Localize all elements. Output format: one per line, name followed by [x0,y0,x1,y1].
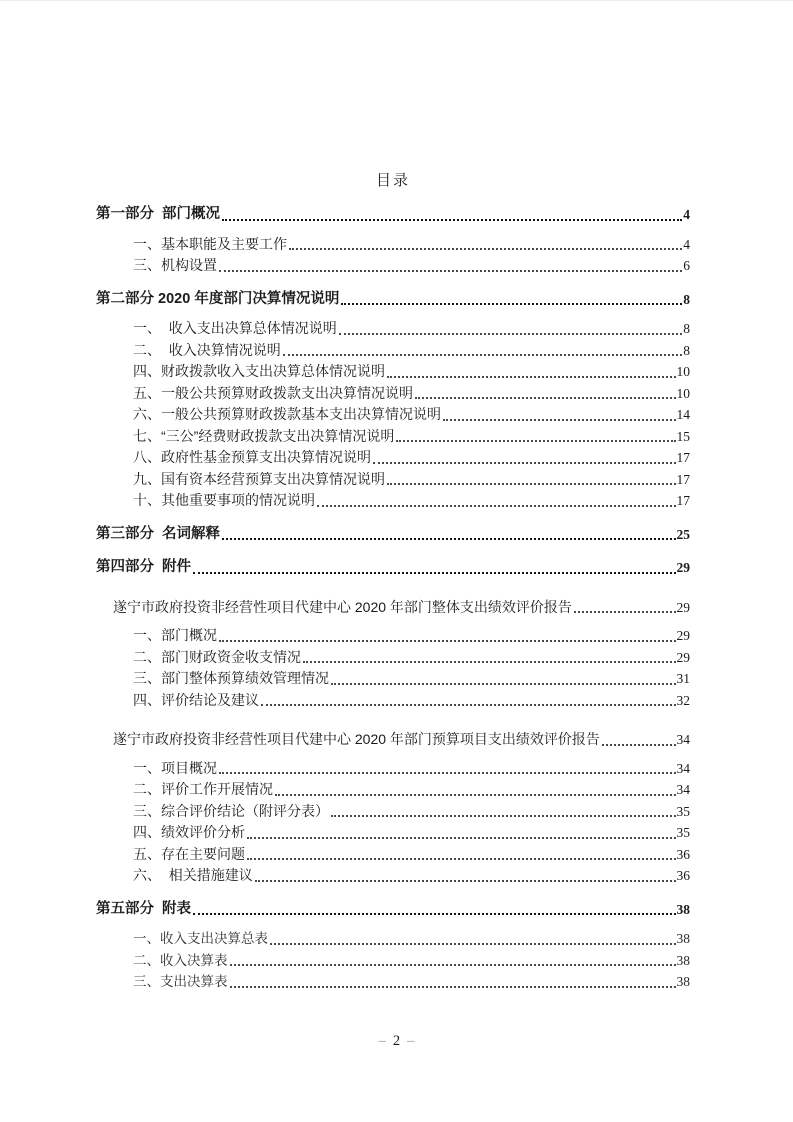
dot-leader [247,858,676,860]
toc-entry-page: 34 [677,758,691,780]
toc-entry-part-1[interactable]: 第一部分 部门概况4 [96,204,690,226]
dot-leader [331,683,676,685]
toc-entry[interactable]: 三、综合评价结论（附评分表）35 [133,801,690,823]
toc-entry-page: 14 [677,404,691,426]
toc-entry-title: 三、机构设置 [133,255,217,277]
page-title: 目录 [96,171,690,191]
toc-entry-title: 八、政府性基金预算支出决算情况说明 [133,447,371,469]
toc-entry-page: 38 [677,899,691,921]
dot-leader [230,964,676,966]
toc-entry-title: 三、综合评价结论（附评分表） [133,801,329,823]
toc-entry-page: 17 [677,447,691,469]
toc-entry-part-3[interactable]: 第三部分 名词解释25 [96,524,690,546]
dot-leader [270,943,676,945]
dot-leader [255,880,676,882]
toc-entry[interactable]: 五、存在主要问题36 [133,844,690,866]
dot-leader [289,248,682,250]
toc-entry-title: 四、财政拨款收入支出决算总体情况说明 [133,361,385,383]
toc-entry-page: 34 [677,779,691,801]
toc-entry-title: 二、部门财政资金收支情况 [133,647,301,669]
toc-entry-title: 一、基本职能及主要工作 [133,234,287,256]
toc-entry-page: 4 [683,204,690,226]
toc-entry-report[interactable]: 遂宁市政府投资非经营性项目代建中心 2020 年部门整体支出绩效评价报告29 [113,597,690,619]
dot-leader [283,354,682,356]
toc-entry-title: 五、存在主要问题 [133,844,245,866]
dot-leader [387,483,676,485]
toc-entry-page: 15 [677,426,691,448]
toc-entry-title: 遂宁市政府投资非经营性项目代建中心 2020 年部门整体支出绩效评价报告 [113,597,572,619]
toc-entry-title: 二、 收入决算情况说明 [133,340,281,362]
dot-leader [219,270,682,272]
toc-entry-title: 六、一般公共预算财政拨款基本支出决算情况说明 [133,404,441,426]
dot-leader [303,661,676,663]
toc-entry-page: 4 [683,234,690,256]
dot-leader [317,505,676,507]
toc-entry-page: 29 [677,597,691,619]
toc-entry[interactable]: 八、政府性基金预算支出决算情况说明17 [133,447,690,469]
toc-entry[interactable]: 四、评价结论及建议32 [133,690,690,712]
toc-entry[interactable]: 六、 相关措施建议36 [133,865,690,887]
toc-entry-page: 10 [677,361,691,383]
toc-entry-page: 29 [677,625,691,647]
toc-entry-title: 三、部门整体预算绩效管理情况 [133,668,329,690]
footer-dash-left: – [372,1033,393,1049]
toc-entry-title: 第四部分 附件 [96,557,191,579]
toc-entry-page: 34 [677,729,691,751]
toc-entry[interactable]: 九、国有资本经营预算支出决算情况说明17 [133,469,690,491]
toc-entry-page: 6 [683,255,690,277]
toc-entry[interactable]: 一、部门概况29 [133,625,690,647]
toc-entry-title: 七、“三公”经费财政拨款支出决算情况说明 [133,426,394,448]
page-footer: –2– [0,1033,793,1050]
toc-entry-title: 九、国有资本经营预算支出决算情况说明 [133,469,385,491]
toc-entry-title: 十、其他重要事项的情况说明 [133,490,315,512]
toc-entry-title: 二、收入决算表 [133,950,228,972]
dot-leader [193,913,675,915]
toc-entry[interactable]: 五、一般公共预算财政拨款支出决算情况说明10 [133,383,690,405]
dot-leader [373,462,676,464]
toc-entry-title: 一、 收入支出决算总体情况说明 [133,318,337,340]
toc-entry-part-2[interactable]: 第二部分 2020 年度部门决算情况说明8 [96,289,690,311]
dot-leader [222,219,682,221]
toc-entry[interactable]: 一、项目概况34 [133,758,690,780]
toc-entry-title: 五、一般公共预算财政拨款支出决算情况说明 [133,383,413,405]
toc-entry[interactable]: 二、部门财政资金收支情况29 [133,647,690,669]
toc-entry[interactable]: 一、 收入支出决算总体情况说明8 [133,318,690,340]
dot-leader [331,815,676,817]
toc-entry-page: 29 [677,557,691,579]
dot-leader [574,611,676,613]
toc-entry[interactable]: 三、机构设置6 [133,255,690,277]
toc-entry-part-5[interactable]: 第五部分 附表38 [96,899,690,921]
dot-leader [443,419,676,421]
toc-entry-page: 36 [677,844,691,866]
dot-leader [341,303,682,305]
toc-entry-page: 29 [677,647,691,669]
toc-entry-page: 31 [677,668,691,690]
toc-entry-title: 第三部分 名词解释 [96,524,220,546]
toc-entry-page: 17 [677,490,691,512]
dot-leader [193,572,675,574]
toc-entry-page: 35 [677,822,691,844]
toc-entry-page: 8 [683,318,690,340]
dot-leader [222,538,675,540]
toc-entry-title: 四、评价结论及建议 [133,690,259,712]
toc-entry-title: 三、支出决算表 [133,971,228,993]
toc-entry[interactable]: 二、 收入决算情况说明8 [133,340,690,362]
toc-entry[interactable]: 三、部门整体预算绩效管理情况31 [133,668,690,690]
dot-leader [261,704,676,706]
toc-entry-title: 第二部分 2020 年度部门决算情况说明 [96,289,339,311]
toc-entry-page: 32 [677,690,691,712]
toc-entry-title: 第五部分 附表 [96,899,191,921]
toc-entry[interactable]: 二、评价工作开展情况34 [133,779,690,801]
toc-entry-page: 25 [677,524,691,546]
toc-entry-title: 一、收入支出决算总表 [133,928,268,950]
toc-entry-page: 38 [677,950,691,972]
toc-entry-title: 二、评价工作开展情况 [133,779,273,801]
dot-leader [219,772,676,774]
footer-dash-right: – [400,1033,421,1049]
toc-entry[interactable]: 二、收入决算表38 [133,950,690,972]
toc-entry[interactable]: 六、一般公共预算财政拨款基本支出决算情况说明14 [133,404,690,426]
toc-entry[interactable]: 十、其他重要事项的情况说明17 [133,490,690,512]
toc-entry[interactable]: 一、基本职能及主要工作4 [133,234,690,256]
toc-entry-title: 遂宁市政府投资非经营性项目代建中心 2020 年部门预算项目支出绩效评价报告 [113,729,600,751]
toc-entry-page: 38 [677,928,691,950]
toc-entry-title: 第一部分 部门概况 [96,204,220,226]
toc-entry-title: 四、绩效评价分析 [133,822,245,844]
dot-leader [275,794,676,796]
toc-entry[interactable]: 四、绩效评价分析35 [133,822,690,844]
toc-entry-report[interactable]: 遂宁市政府投资非经营性项目代建中心 2020 年部门预算项目支出绩效评价报告34 [113,729,690,751]
toc-entry-page: 10 [677,383,691,405]
toc-entry-page: 36 [677,865,691,887]
dot-leader [396,440,675,442]
dot-leader [602,744,676,746]
toc-entry-page: 17 [677,469,691,491]
toc-entry[interactable]: 三、支出决算表38 [133,971,690,993]
dot-leader [387,376,676,378]
toc-entry-title: 一、部门概况 [133,625,217,647]
toc-entry-page: 38 [677,971,691,993]
dot-leader [339,333,682,335]
dot-leader [247,837,676,839]
toc-entry[interactable]: 一、收入支出决算总表38 [133,928,690,950]
toc-entry[interactable]: 七、“三公”经费财政拨款支出决算情况说明15 [133,426,690,448]
toc-entry[interactable]: 四、财政拨款收入支出决算总体情况说明10 [133,361,690,383]
toc-entry-page: 8 [683,340,690,362]
toc-entry-part-4[interactable]: 第四部分 附件29 [96,557,690,579]
toc-entry-page: 35 [677,801,691,823]
dot-leader [230,986,676,988]
dot-leader [219,640,676,642]
document-page: 目录 第一部分 部门概况4 一、基本职能及主要工作4 三、机构设置6 第二部分 … [0,0,793,1122]
toc-entry-page: 8 [683,289,690,311]
dot-leader [415,397,676,399]
toc-entry-title: 一、项目概况 [133,758,217,780]
toc-entry-title: 六、 相关措施建议 [133,865,253,887]
